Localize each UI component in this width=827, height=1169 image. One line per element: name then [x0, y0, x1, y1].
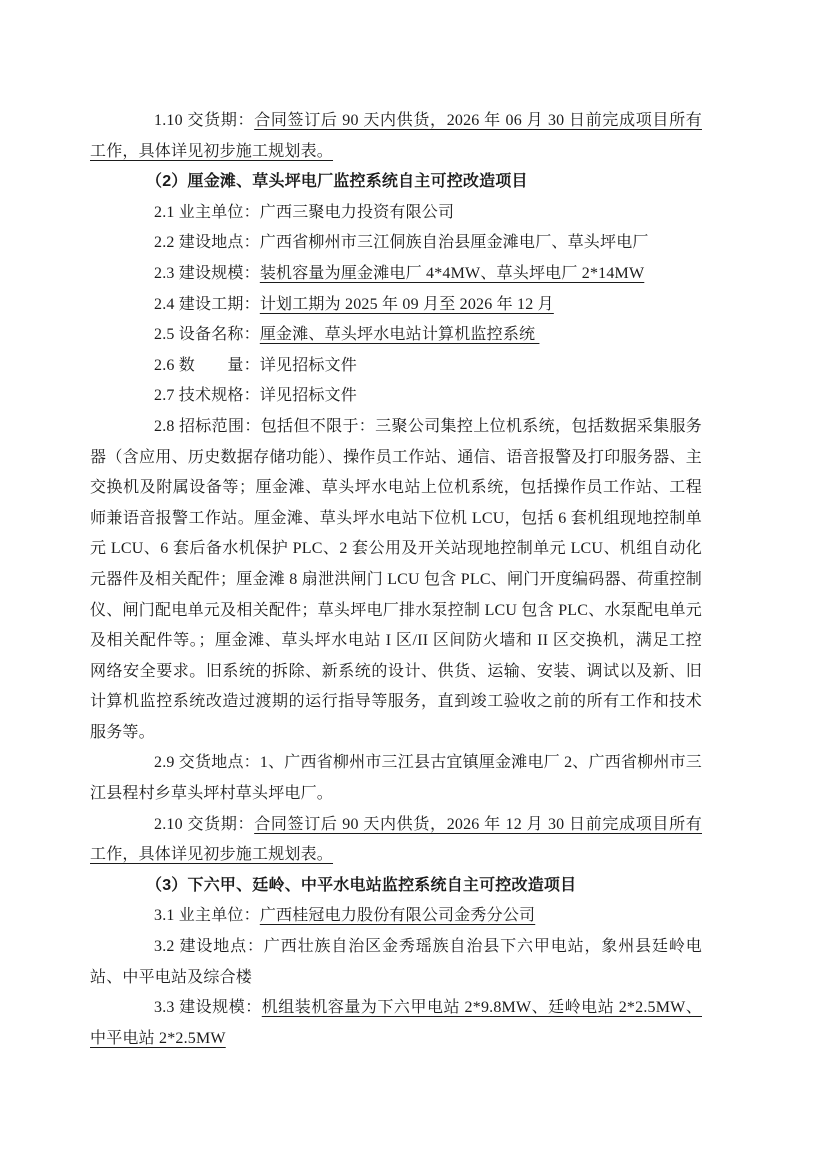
underlined-text-run: 广西桂冠电力股份有限公司金秀分公司 [260, 907, 535, 924]
underlined-text-run: 计划工期为 2025 年 09 月至 2026 年 12 月 [260, 296, 554, 313]
item-2-5-equipment-name: 2.5 设备名称：厘金滩、草头坪水电站计算机监控系统 [90, 320, 702, 351]
item-2-10-delivery-period: 2.10 交货期：合同签订后 90 天内供货，2026 年 12 月 30 日前… [90, 810, 702, 871]
text-run: （3）下六甲、廷岭、中平水电站监控系统自主可控改造项目 [146, 877, 576, 894]
text-run: 2.9 交货地点：1、广西省柳州市三江县古宜镇厘金滩电厂 2、广西省柳州市三江县… [90, 754, 702, 802]
item-2-6-quantity: 2.6 数 量：详见招标文件 [90, 351, 702, 382]
text-run: 2.8 招标范围：包括但不限于：三聚公司集控上位机系统，包括数据采集服务器（含应… [90, 418, 702, 741]
text-run: 2.1 业主单位：广西三聚电力投资有限公司 [154, 204, 454, 221]
text-run: 3.2 建设地点：广西壮族自治区金秀瑶族自治县下六甲电站，象州县廷岭电站、中平电… [90, 938, 702, 986]
text-run: 2.3 建设规模： [154, 265, 260, 282]
item-3-1-owner: 3.1 业主单位：广西桂冠电力股份有限公司金秀分公司 [90, 901, 702, 932]
item-1-10-delivery-period: 1.10 交货期：合同签订后 90 天内供货，2026 年 06 月 30 日前… [90, 106, 702, 167]
section-2-heading: （2）厘金滩、草头坪电厂监控系统自主可控改造项目 [90, 167, 702, 198]
underlined-text-run: 装机容量为厘金滩电厂 4*4MW、草头坪电厂 2*14MW [260, 265, 644, 282]
item-2-8-scope: 2.8 招标范围：包括但不限于：三聚公司集控上位机系统，包括数据采集服务器（含应… [90, 412, 702, 749]
text-run: 2.2 建设地点：广西省柳州市三江侗族自治县厘金滩电厂、草头坪电厂 [154, 234, 649, 251]
text-run: 2.10 交货期： [154, 816, 254, 833]
item-2-3-scale: 2.3 建设规模：装机容量为厘金滩电厂 4*4MW、草头坪电厂 2*14MW [90, 259, 702, 290]
text-run: 2.7 技术规格：详见招标文件 [154, 387, 357, 404]
text-run: 3.3 建设规模： [154, 999, 262, 1016]
item-2-1-owner: 2.1 业主单位：广西三聚电力投资有限公司 [90, 198, 702, 229]
item-3-3-scale: 3.3 建设规模：机组装机容量为下六甲电站 2*9.8MW、廷岭电站 2*2.5… [90, 993, 702, 1054]
text-run: 2.4 建设工期： [154, 296, 260, 313]
item-2-7-specs: 2.7 技术规格：详见招标文件 [90, 381, 702, 412]
text-run: 1.10 交货期： [154, 112, 254, 129]
text-run: 3.1 业主单位： [154, 907, 260, 924]
document-body: 1.10 交货期：合同签订后 90 天内供货，2026 年 06 月 30 日前… [90, 106, 702, 1054]
section-3-heading: （3）下六甲、廷岭、中平水电站监控系统自主可控改造项目 [90, 871, 702, 902]
item-2-4-schedule: 2.4 建设工期：计划工期为 2025 年 09 月至 2026 年 12 月 [90, 290, 702, 321]
document-page: 1.10 交货期：合同签订后 90 天内供货，2026 年 06 月 30 日前… [0, 0, 827, 1169]
text-run: 2.5 设备名称： [154, 326, 260, 343]
text-run: （2）厘金滩、草头坪电厂监控系统自主可控改造项目 [146, 173, 528, 190]
underlined-text-run: 厘金滩、草头坪水电站计算机监控系统 [260, 326, 540, 343]
item-2-9-delivery-place: 2.9 交货地点：1、广西省柳州市三江县古宜镇厘金滩电厂 2、广西省柳州市三江县… [90, 748, 702, 809]
text-run: 2.6 数 量：详见招标文件 [154, 357, 357, 374]
item-2-2-location: 2.2 建设地点：广西省柳州市三江侗族自治县厘金滩电厂、草头坪电厂 [90, 228, 702, 259]
item-3-2-location: 3.2 建设地点：广西壮族自治区金秀瑶族自治县下六甲电站，象州县廷岭电站、中平电… [90, 932, 702, 993]
